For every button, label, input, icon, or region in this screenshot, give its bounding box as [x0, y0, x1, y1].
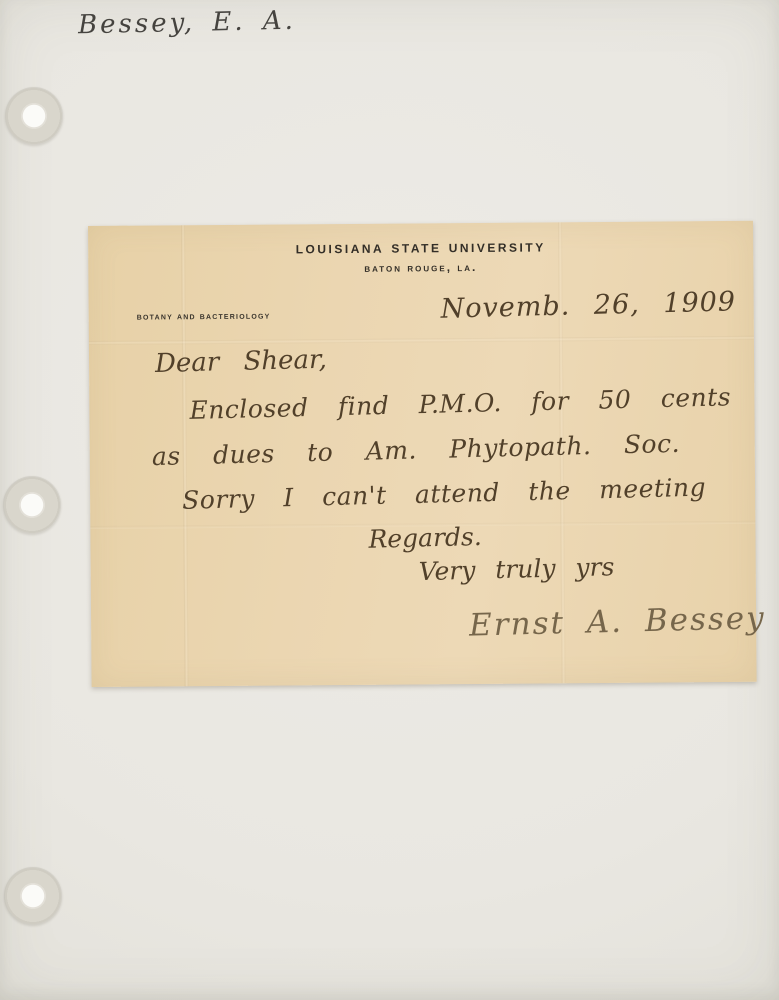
- letter-salutation: Dear Shear,: [155, 345, 327, 379]
- letter-body-line-2: as dues to Am. Phytopath. Soc.: [151, 429, 680, 471]
- letter-date: Novemb. 26, 1909: [440, 286, 736, 324]
- letter-paper: Louisiana State University Baton Rouge, …: [88, 221, 757, 687]
- letter-closing-valediction: Very truly yrs: [418, 552, 614, 586]
- letter-closing-regards: Regards.: [368, 522, 482, 554]
- letter-signature: Ernst A. Bessey: [469, 600, 766, 643]
- punch-hole-middle: [3, 476, 61, 534]
- letterhead-department: Botany and Bacteriology: [137, 311, 271, 323]
- punch-hole-bottom: [4, 867, 62, 925]
- letter-body-line-3: Sorry I can't attend the meeting: [182, 473, 707, 515]
- letterhead-university: Louisiana State University: [88, 235, 753, 260]
- punch-hole-top: [5, 87, 63, 145]
- scanned-archive-page: Bessey, E. A. Louisiana State University…: [0, 0, 779, 1000]
- owner-annotation: Bessey, E. A.: [78, 6, 296, 41]
- letterhead-city: Baton Rouge, La.: [88, 258, 753, 277]
- letter-body-line-1: Enclosed find P.M.O. for 50 cents: [189, 382, 731, 425]
- fold-crease-horizontal-upper: [89, 336, 754, 345]
